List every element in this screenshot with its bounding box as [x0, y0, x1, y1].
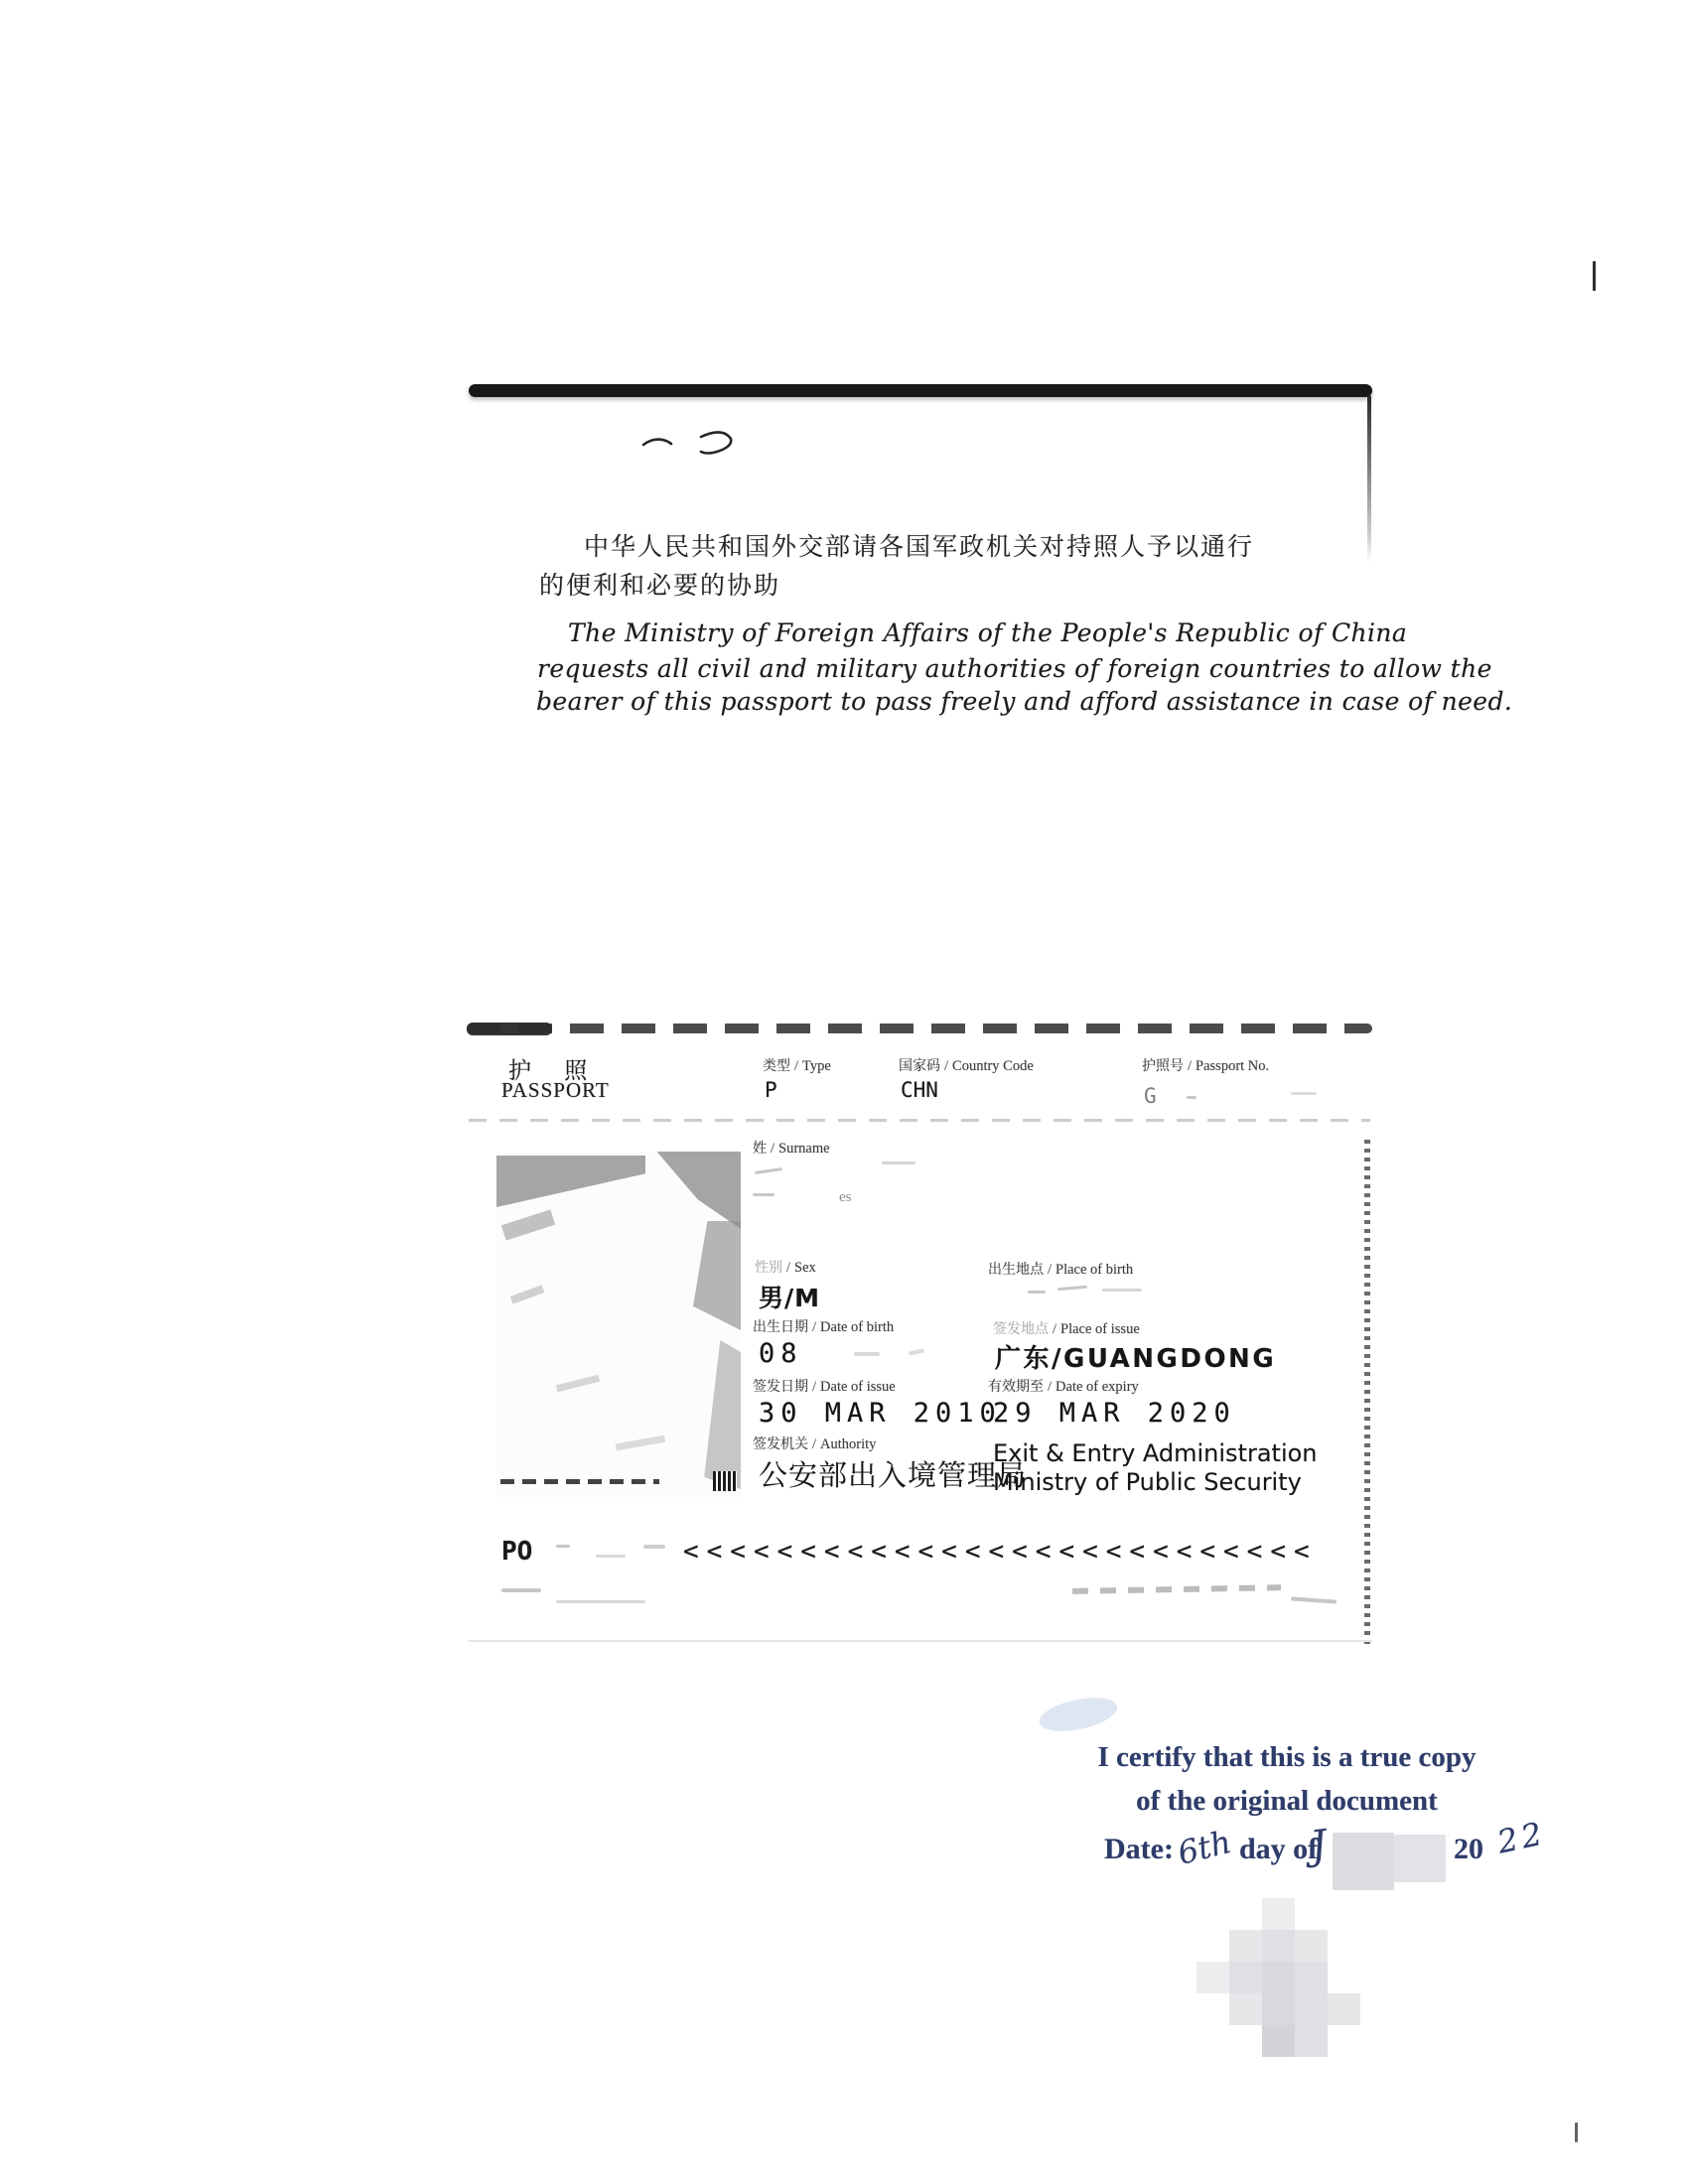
redaction-blur-month	[1394, 1835, 1446, 1882]
faded-mrz-mark	[556, 1545, 570, 1548]
passport-title-en: PASSPORT	[501, 1078, 610, 1103]
faded-mrz2-mark	[556, 1600, 645, 1603]
note-chinese-line2: 的便利和必要的协助	[539, 566, 780, 602]
passport-photo-redacted	[496, 1152, 741, 1497]
place-of-issue-label: 签发地点/Place of issue	[993, 1318, 1140, 1338]
passport-page-right-curl	[1367, 395, 1371, 562]
sex-label: 性别/Sex	[755, 1257, 816, 1277]
country-code-value: CHN	[901, 1078, 938, 1102]
faded-mark	[1187, 1096, 1196, 1099]
faded-mrz2-mark	[1291, 1596, 1336, 1603]
note-english-line1: The Ministry of Foreign Affairs of the P…	[568, 618, 1407, 647]
mrz-line1-chevrons: <<<<<<<<<<<<<<<<<<<<<<<<<<<	[683, 1537, 1318, 1567]
faded-mark	[1291, 1092, 1317, 1095]
pen-squiggle-marks	[635, 425, 755, 461]
date-of-expiry-label: 有效期至/Date of expiry	[988, 1376, 1139, 1396]
surname-label: 姓/Surname	[753, 1138, 830, 1158]
faded-pob-mark	[1028, 1291, 1046, 1294]
stamp-ink-smudge	[1037, 1692, 1120, 1737]
faded-mrz2-mark	[1072, 1584, 1281, 1594]
scan-tick-bottom-right	[1575, 2122, 1578, 2142]
date-of-expiry-value: 29 MAR 2020	[993, 1398, 1236, 1429]
place-of-birth-label: 出生地点/Place of birth	[988, 1259, 1133, 1279]
note-english-line3: bearer of this passport to pass freely a…	[536, 687, 1512, 716]
scan-tick-top-right	[1593, 261, 1596, 291]
scan-band-broken	[467, 1024, 1372, 1033]
faded-pob-mark	[1057, 1286, 1087, 1292]
redaction-mosaic-signature	[1196, 1898, 1360, 2057]
faded-name-mark	[755, 1167, 782, 1174]
handwritten-day: 6th	[1174, 1823, 1234, 1872]
passport-no-value: G	[1144, 1084, 1157, 1108]
handwritten-year: 22	[1494, 1814, 1550, 1860]
stamp-line1: I certify that this is a true copy	[1082, 1741, 1491, 1774]
faded-dob-mark	[854, 1352, 880, 1356]
authority-label: 签发机关/Authority	[753, 1433, 876, 1453]
place-of-issue-value: 广东/GUANGDONG	[995, 1338, 1276, 1375]
note-english-line2: requests all civil and military authorit…	[537, 654, 1492, 683]
stamp-line2: of the original document	[1082, 1785, 1491, 1818]
type-label: 类型/Type	[763, 1055, 831, 1075]
mrz-line1-start: PO	[501, 1537, 532, 1567]
faded-name-mark	[882, 1161, 915, 1164]
authority-value-en2: Ministry of Public Security	[993, 1468, 1302, 1496]
date-of-issue-label: 签发日期/Date of issue	[753, 1376, 896, 1396]
header-divider	[469, 1119, 1370, 1122]
date-of-birth-value: 08	[759, 1338, 803, 1369]
given-name-fragment: es	[839, 1189, 852, 1206]
page-edge-dotted-strip	[1364, 1140, 1370, 1644]
date-of-birth-label: 出生日期/Date of birth	[753, 1316, 894, 1336]
authority-value-cn: 公安部出入境管理局	[759, 1453, 1027, 1494]
date-of-issue-value: 30 MAR 2010	[759, 1398, 1002, 1429]
faded-mrz2-mark	[501, 1588, 541, 1592]
type-value: P	[765, 1078, 777, 1102]
sex-value: 男/M	[759, 1279, 820, 1314]
faded-name-mark	[753, 1193, 774, 1196]
redaction-blur-month	[1333, 1833, 1394, 1890]
faded-mrz-mark	[643, 1545, 665, 1549]
stamp-year-printed: 20	[1454, 1833, 1483, 1866]
faded-mrz-mark	[596, 1555, 626, 1558]
faded-pob-mark	[1102, 1289, 1142, 1292]
passport-no-label: 护照号/Passport No.	[1142, 1055, 1269, 1075]
note-chinese-line1: 中华人民共和国外交部请各国军政机关对持照人予以通行	[584, 527, 1254, 563]
stamp-date-label: Date:	[1104, 1833, 1174, 1866]
authority-value-en1: Exit & Entry Administration	[993, 1439, 1318, 1467]
country-code-label: 国家码/Country Code	[899, 1055, 1034, 1075]
passport-page-top-edge	[469, 384, 1372, 397]
page-bottom-edge	[469, 1640, 1372, 1642]
scanned-passport-copy-page: 中华人民共和国外交部请各国军政机关对持照人予以通行 的便利和必要的协助 The …	[0, 0, 1688, 2184]
stamp-day-of: day of	[1239, 1833, 1318, 1866]
faded-dob-mark	[909, 1348, 924, 1355]
